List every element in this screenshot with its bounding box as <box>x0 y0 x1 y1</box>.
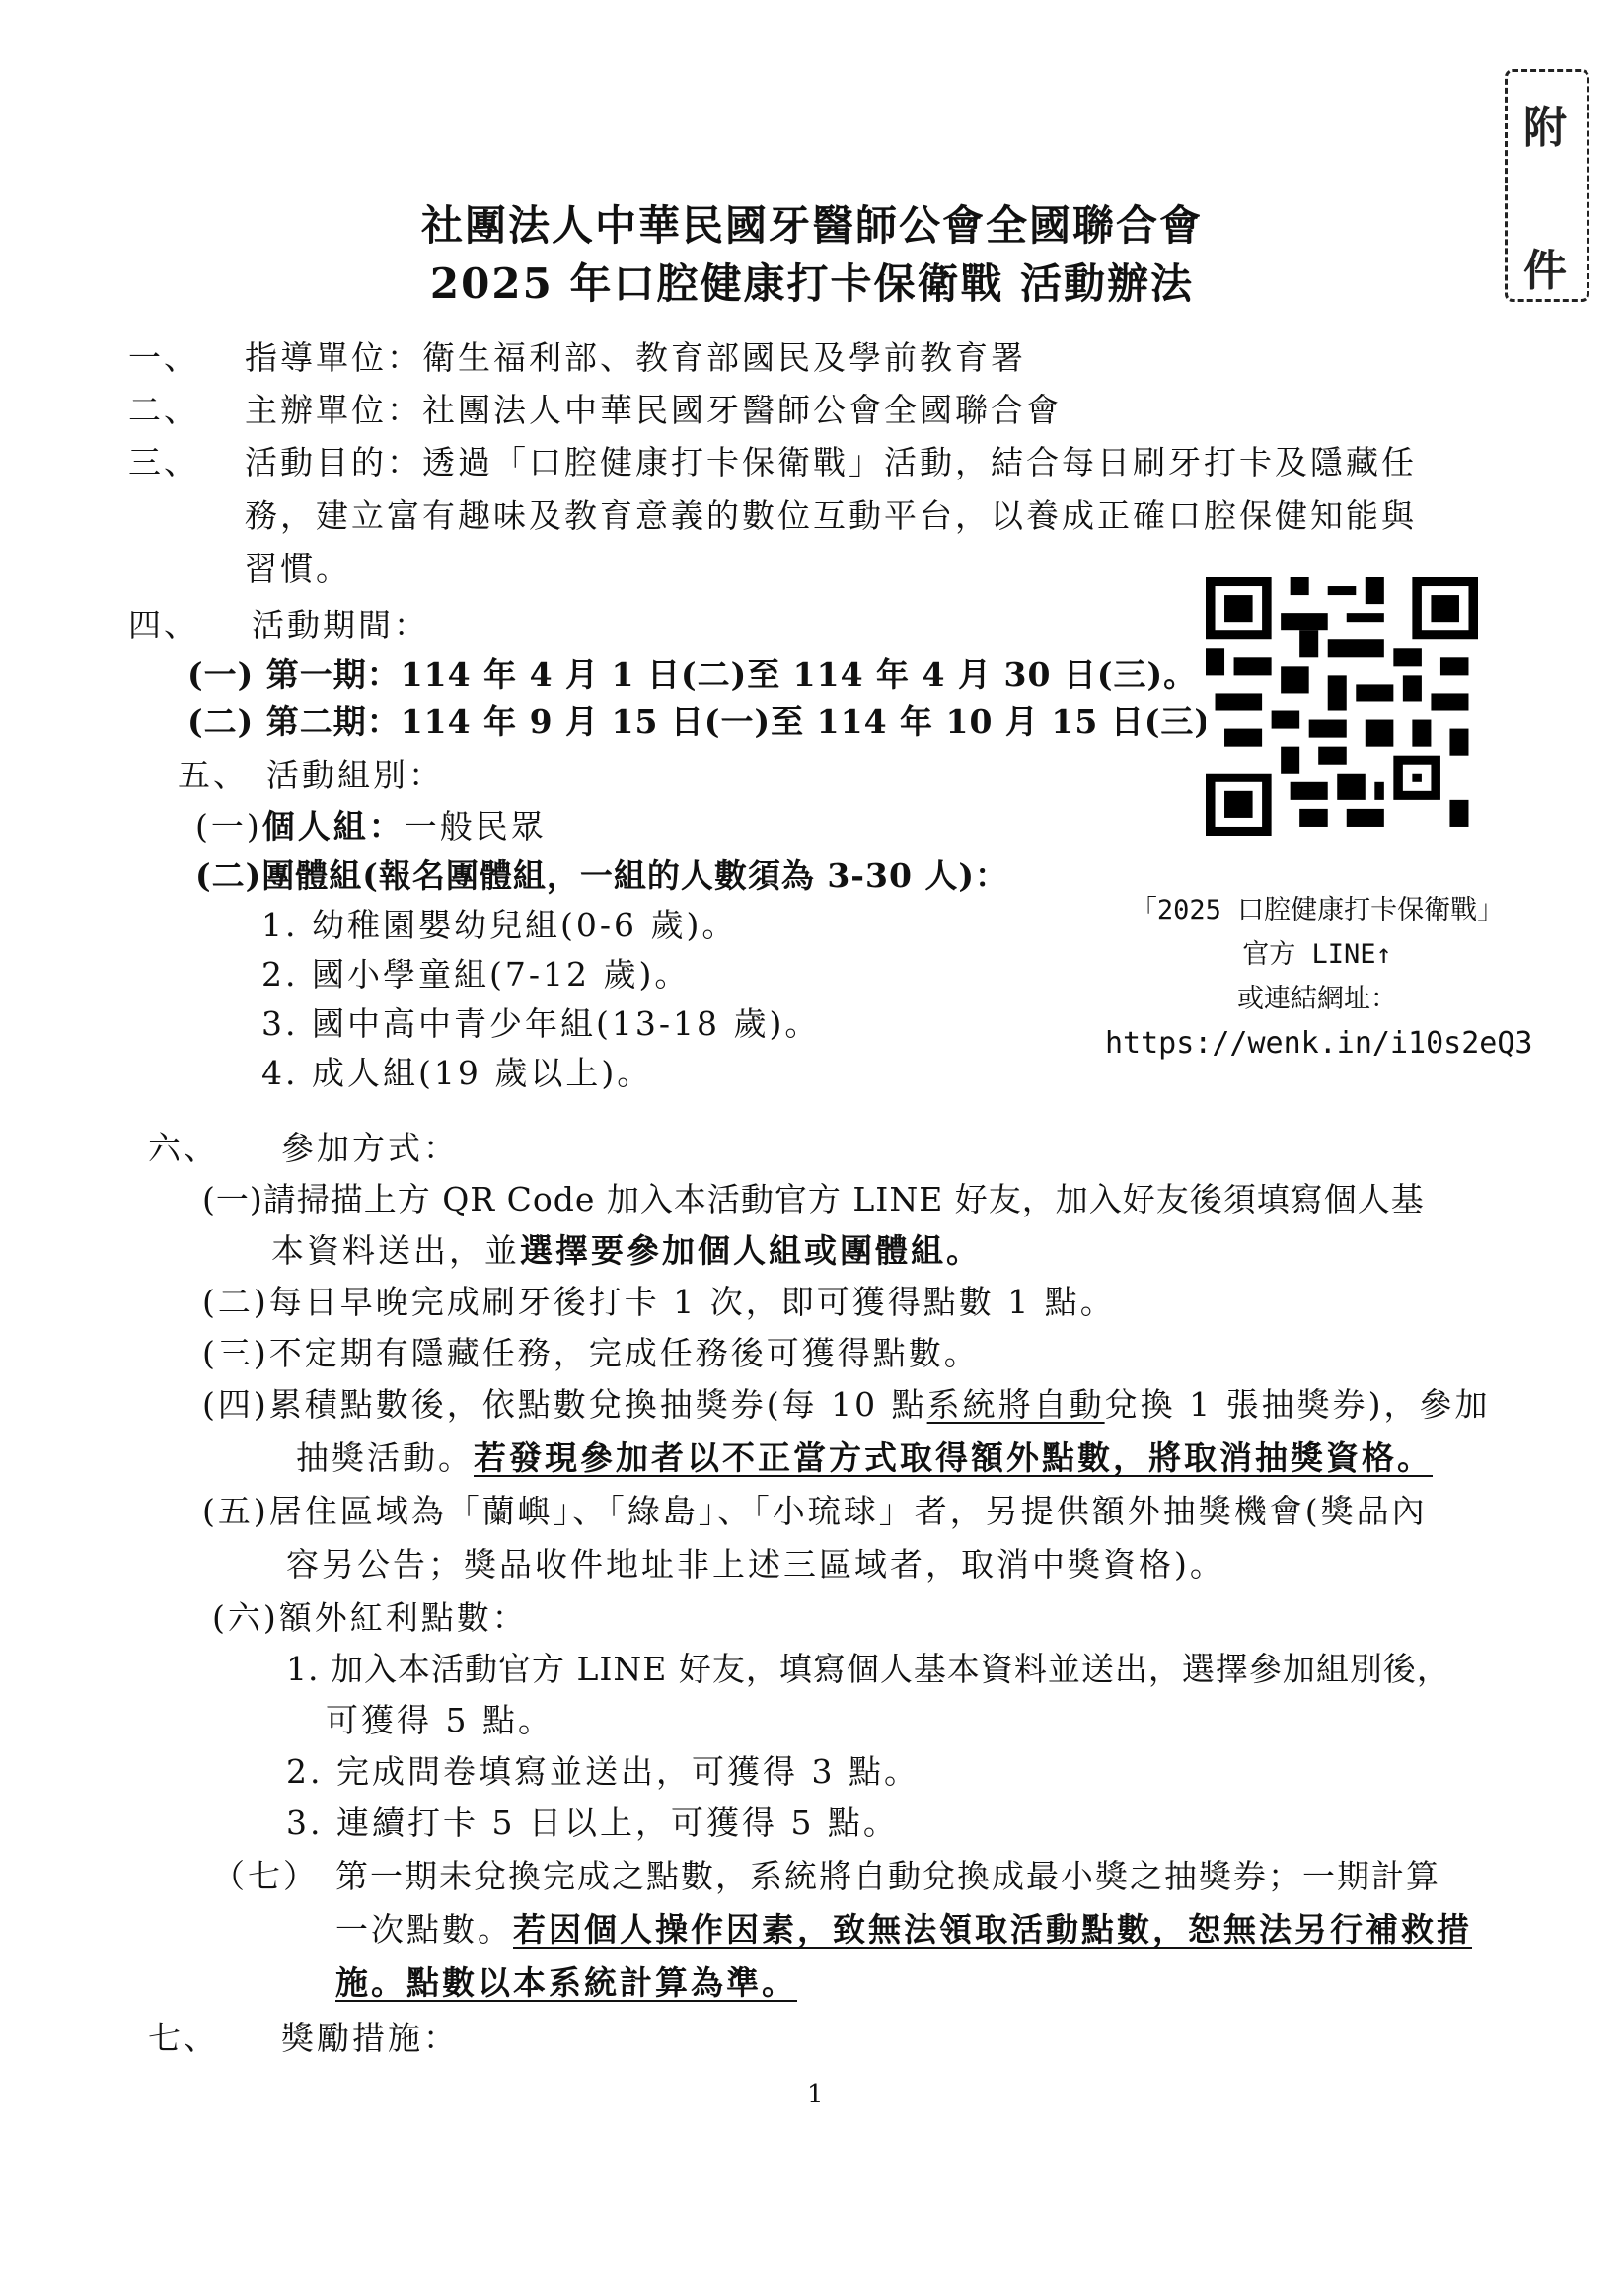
group-item: 1. 幼稚園嬰幼兒組(0-6 歲)。 <box>261 900 737 946</box>
disqualification-warning: 若發現參加者以不正當方式取得額外點數，將取消抽獎資格。 <box>474 1438 1433 1477</box>
join-step-1-line-1: (一)請掃描上方 QR Code 加入本活動官方 LINE 好友，加入好友後須填… <box>202 1174 1425 1220</box>
qr-caption-line: 官方 LINE↑ <box>1105 932 1529 971</box>
section-6-marker: 六、 <box>148 1123 219 1169</box>
group-team: (二)團體組(報名團體組，一組的人數須為 3-30 人)： <box>195 850 1008 897</box>
join-step-4-line-1: (四)累積點數後，依點數兌換抽獎券(每 10 點系統將自動兌換 1 張抽獎券)，… <box>202 1379 1490 1426</box>
event-url-link[interactable]: https://wenk.in/i10s2eQ3 <box>1105 1026 1529 1061</box>
section-4-label: 活動期間： <box>252 600 429 646</box>
section-1-text: 衛生福利部、教育部國民及學前教育署 <box>422 338 1026 377</box>
qr-caption-link-label: 或連結網址： <box>1105 977 1529 1015</box>
section-3-label: 活動目的： <box>245 443 422 481</box>
join-step-3: (三)不定期有隱藏任務，完成任務後可獲得點數。 <box>202 1328 980 1374</box>
qr-code-icon <box>1206 577 1478 836</box>
document-title-org: 社團法人中華民國牙醫師公會全國聯合會 <box>0 193 1624 253</box>
stamp-char-1: 附 <box>1523 92 1567 155</box>
join-step-1-line-2: 本資料送出，並選擇要參加個人組或團體組。 <box>271 1225 982 1272</box>
section-3-line-1: 活動目的：透過「口腔健康打卡保衛戰」活動，結合每日刷牙打卡及隱藏任 <box>245 437 1417 483</box>
no-remedy-notice: 若因個人操作因素，致無法領取活動點數，恕無法另行補救措 <box>513 1910 1472 1949</box>
section-1-marker: 一、 <box>128 332 199 379</box>
bonus-item-1-line-2: 可獲得 5 點。 <box>326 1695 554 1741</box>
bonus-item-1-line-1: 1. 加入本活動官方 LINE 好友，填寫個人基本資料並送出，選擇參加組別後， <box>286 1644 1450 1690</box>
period-2: (二) 第二期：114 年 9 月 15 日(一)至 114 年 10 月 15… <box>187 697 1244 743</box>
group-individual-prefix: (一) <box>195 807 262 846</box>
section-3-text: 透過「口腔健康打卡保衛戰」活動，結合每日刷牙打卡及隱藏任 <box>422 443 1417 481</box>
section-2-marker: 二、 <box>128 385 199 431</box>
group-item: 2. 國小學童組(7-12 歲)。 <box>261 949 690 995</box>
bonus-item-2: 2. 完成問卷填寫並送出，可獲得 3 點。 <box>286 1746 920 1793</box>
page-number: 1 <box>807 2080 824 2109</box>
group-item: 4. 成人組(19 歲以上)。 <box>261 1048 652 1094</box>
join-step-7-text: 一次點數。 <box>335 1910 513 1949</box>
join-step-5-line-1: (五)居住區域為「蘭嶼」、「綠島」、「小琉球」者，另提供額外抽獎機會(獎品內 <box>202 1486 1428 1532</box>
group-individual-label: 個人組： <box>262 807 405 846</box>
period-1: (一) 第一期：114 年 4 月 1 日(二)至 114 年 4 月 30 日… <box>187 649 1197 696</box>
section-7-marker: 七、 <box>148 2013 219 2059</box>
section-3-line-3: 習慣。 <box>245 544 351 590</box>
section-6-label: 參加方式： <box>281 1123 459 1169</box>
join-step-7-line-1: 第一期未兌換完成之點數，系統將自動兌換成最小獎之抽獎券；一期計算 <box>335 1851 1440 1897</box>
join-step-5-line-2: 容另公告；獎品收件地址非上述三區域者，取消中獎資格)。 <box>286 1539 1225 1585</box>
qr-caption-event: 「2025 口腔健康打卡保衛戰」 <box>1105 888 1529 926</box>
join-step-4-underlined: 系統將自動 <box>927 1385 1105 1424</box>
section-1-label: 指導單位： <box>245 338 422 377</box>
section-4-marker: 四、 <box>128 600 199 646</box>
join-step-1-emphasis: 選擇要參加個人組或團體組。 <box>520 1231 982 1270</box>
bonus-item-3: 3. 連續打卡 5 日以上，可獲得 5 點。 <box>286 1798 899 1844</box>
join-step-4-line-2-text: 抽獎活動。 <box>296 1438 474 1477</box>
join-step-6: (六)額外紅利點數： <box>212 1592 528 1639</box>
qr-code[interactable] <box>1206 577 1478 836</box>
join-step-1-text: 本資料送出，並 <box>271 1231 520 1270</box>
join-step-7-line-2: 一次點數。若因個人操作因素，致無法領取活動點數，恕無法另行補救措 <box>335 1904 1472 1951</box>
section-5-label: 活動組別： <box>266 750 444 796</box>
join-step-7-marker: （七） <box>212 1851 319 1897</box>
section-2-heading: 主辦單位：社團法人中華民國牙醫師公會全國聯合會 <box>245 385 1062 431</box>
group-individual: (一)個人組：一般民眾 <box>195 801 547 848</box>
section-2-text: 社團法人中華民國牙醫師公會全國聯合會 <box>422 391 1062 429</box>
document-title-event: 2025 年口腔健康打卡保衛戰 活動辦法 <box>0 252 1624 311</box>
section-5-marker: 五、 <box>178 750 249 796</box>
section-3-line-2: 務，建立富有趣味及教育意義的數位互動平台，以養成正確口腔保健知能與 <box>245 490 1417 537</box>
group-individual-desc: 一般民眾 <box>405 807 547 846</box>
join-step-4-text-cont: 兌換 1 張抽獎券)，參加 <box>1105 1385 1491 1424</box>
join-step-7-line-3: 施。點數以本系統計算為準。 <box>335 1957 797 2004</box>
group-item: 3. 國中高中青少年組(13-18 歲)。 <box>261 998 820 1045</box>
section-1-heading: 指導單位：衛生福利部、教育部國民及學前教育署 <box>245 332 1026 379</box>
join-step-4-line-2: 抽獎活動。若發現參加者以不正當方式取得額外點數，將取消抽獎資格。 <box>296 1433 1433 1479</box>
section-7-label: 獎勵措施： <box>281 2013 459 2059</box>
section-2-label: 主辦單位： <box>245 391 422 429</box>
section-3-marker: 三、 <box>128 437 199 483</box>
join-step-4-text: (四)累積點數後，依點數兌換抽獎券(每 10 點 <box>202 1385 927 1424</box>
join-step-2: (二)每日早晚完成刷牙後打卡 1 次，即可獲得點數 1 點。 <box>202 1277 1116 1323</box>
